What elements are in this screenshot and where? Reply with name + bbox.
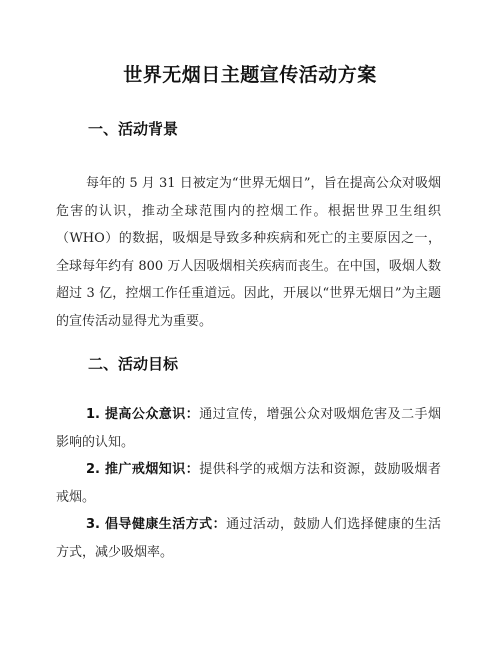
section-background-body: 每年的 5 月 31 日被定为“世界无烟日”，旨在提高公众对吸烟危害的认识，推动… xyxy=(56,170,441,335)
goal-item: 1. 提高公众意识：通过宣传，增强公众对吸烟危害及二手烟影响的认知。 xyxy=(56,401,441,456)
document-title: 世界无烟日主题宣传活动方案 xyxy=(0,60,500,87)
background-paragraph: 每年的 5 月 31 日被定为“世界无烟日”，旨在提高公众对吸烟危害的认识，推动… xyxy=(56,170,441,335)
goal-item: 2. 推广戒烟知识：提供科学的戒烟方法和资源，鼓励吸烟者戒烟。 xyxy=(56,456,441,511)
goal-item-label: 1. 提高公众意识： xyxy=(86,407,199,422)
goal-item-label: 2. 推广戒烟知识： xyxy=(86,462,199,477)
section-goals-list: 1. 提高公众意识：通过宣传，增强公众对吸烟危害及二手烟影响的认知。 2. 推广… xyxy=(56,401,441,566)
document-page: 世界无烟日主题宣传活动方案 一、活动背景 每年的 5 月 31 日被定为“世界无… xyxy=(0,0,500,647)
goal-item-label: 3. 倡导健康生活方式： xyxy=(86,517,226,532)
section-heading-goals: 二、活动目标 xyxy=(88,353,178,374)
section-heading-background: 一、活动背景 xyxy=(88,118,178,139)
goal-item: 3. 倡导健康生活方式：通过活动，鼓励人们选择健康的生活方式，减少吸烟率。 xyxy=(56,511,441,566)
